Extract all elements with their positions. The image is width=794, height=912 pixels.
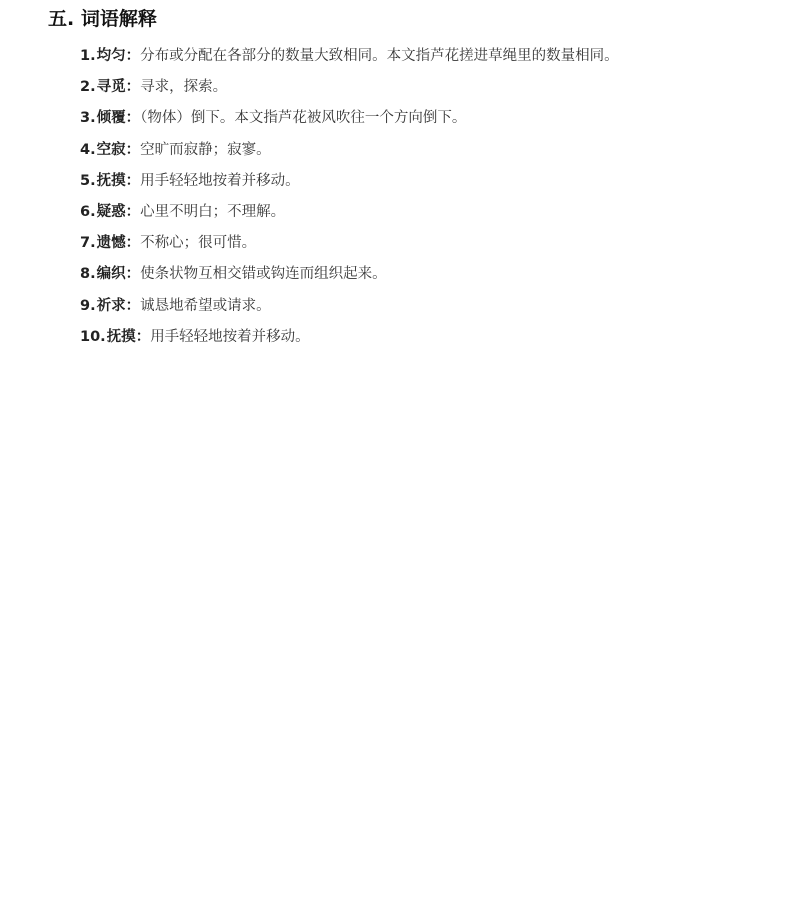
vocabulary-item: 3.倾覆：（物体）倒下。本文指芦花被风吹往一个方向倒下。 [80, 105, 619, 136]
vocabulary-word: 抚摸 [97, 173, 126, 189]
vocabulary-item: 6.疑惑：心里不明白；不理解。 [80, 199, 619, 230]
vocabulary-list: 1.均匀：分布或分配在各部分的数量大致相同。本文指芦花搓进草绳里的数量相同。 2… [80, 43, 619, 355]
vocabulary-item: 4.空寂：空旷而寂静；寂寥。 [80, 137, 619, 168]
colon: ： [126, 204, 141, 220]
vocabulary-definition: （物体）倒下。本文指芦花被风吹往一个方向倒下。 [140, 110, 466, 126]
section-title: 五. 词语解释 [48, 6, 157, 32]
vocabulary-word: 编织 [97, 266, 126, 282]
vocabulary-definition: 不称心；很可惜。 [140, 235, 256, 251]
item-number: 6. [80, 204, 96, 220]
vocabulary-word: 遗憾 [97, 235, 126, 251]
item-number: 1. [80, 48, 96, 64]
vocabulary-item: 1.均匀：分布或分配在各部分的数量大致相同。本文指芦花搓进草绳里的数量相同。 [80, 43, 619, 74]
colon: ： [136, 329, 151, 345]
vocabulary-word: 倾覆 [97, 110, 126, 126]
colon: ： [126, 79, 141, 95]
vocabulary-word: 抚摸 [107, 329, 136, 345]
vocabulary-definition: 诚恳地希望或请求。 [140, 298, 271, 314]
item-number: 7. [80, 235, 96, 251]
item-number: 5. [80, 173, 96, 189]
colon: ： [126, 110, 141, 126]
colon: ： [126, 48, 141, 64]
vocabulary-definition: 分布或分配在各部分的数量大致相同。本文指芦花搓进草绳里的数量相同。 [140, 48, 619, 64]
vocabulary-word: 祈求 [97, 298, 126, 314]
vocabulary-word: 均匀 [97, 48, 126, 64]
colon: ： [126, 142, 141, 158]
colon: ： [126, 235, 141, 251]
vocabulary-item: 5.抚摸：用手轻轻地按着并移动。 [80, 168, 619, 199]
item-number: 3. [80, 110, 96, 126]
colon: ： [126, 266, 141, 282]
vocabulary-item: 8.编织：使条状物互相交错或钩连而组织起来。 [80, 261, 619, 292]
vocabulary-item: 9.祈求：诚恳地希望或请求。 [80, 293, 619, 324]
item-number: 9. [80, 298, 96, 314]
vocabulary-definition: 使条状物互相交错或钩连而组织起来。 [140, 266, 387, 282]
item-number: 4. [80, 142, 96, 158]
vocabulary-word: 寻觅 [97, 79, 126, 95]
item-number: 2. [80, 79, 96, 95]
vocabulary-word: 空寂 [97, 142, 126, 158]
item-number: 10. [80, 329, 106, 345]
colon: ： [126, 298, 141, 314]
vocabulary-item: 2.寻觅：寻求，探索。 [80, 74, 619, 105]
vocabulary-item: 7.遗憾：不称心；很可惜。 [80, 230, 619, 261]
vocabulary-definition: 用手轻轻地按着并移动。 [150, 329, 310, 345]
vocabulary-definition: 用手轻轻地按着并移动。 [140, 173, 300, 189]
vocabulary-definition: 寻求，探索。 [140, 79, 227, 95]
colon: ： [126, 173, 141, 189]
vocabulary-definition: 空旷而寂静；寂寥。 [140, 142, 271, 158]
item-number: 8. [80, 266, 96, 282]
vocabulary-item: 10.抚摸：用手轻轻地按着并移动。 [80, 324, 619, 355]
vocabulary-definition: 心里不明白；不理解。 [140, 204, 285, 220]
vocabulary-word: 疑惑 [97, 204, 126, 220]
